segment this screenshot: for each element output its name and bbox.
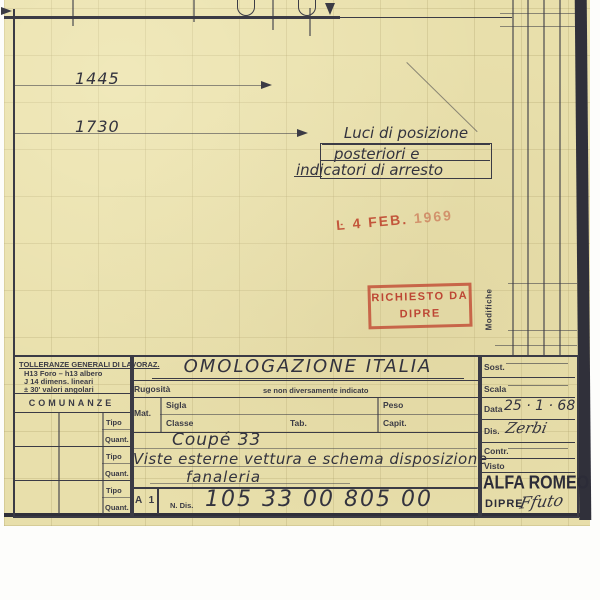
peso-label: Peso (383, 400, 403, 410)
baseline-extension (340, 17, 512, 18)
left-edge-arrow (1, 7, 12, 15)
car-baseline (4, 16, 340, 19)
revision-row-line (508, 330, 577, 331)
revision-row-line (500, 26, 577, 27)
revision-row-line (500, 13, 577, 14)
callout-line-1: Luci di posizione (322, 124, 490, 145)
fill-line (506, 363, 568, 364)
dimension-line-1730 (13, 133, 299, 134)
reference-line (272, 0, 274, 30)
titleblock-divider (478, 442, 575, 443)
data-label: Data (484, 404, 502, 414)
description-line-2: Viste esterne vettura e schema disposizi… (133, 450, 487, 468)
dimension-line-1445 (13, 85, 263, 86)
dis-label: Dis. (484, 426, 500, 436)
titleblock-divider (478, 458, 575, 459)
titleblock-divider (130, 380, 478, 381)
titleblock-divider (13, 393, 130, 394)
label-row-line (102, 429, 130, 430)
comunanze-grid-line (58, 412, 60, 514)
mat-label: Mat. (134, 408, 151, 418)
richiesto-da-dipre-stamp: RICHIESTO DA DIPRE (367, 283, 472, 330)
dimension-arrow (297, 129, 308, 137)
label-row-line (102, 463, 130, 464)
fill-line (508, 448, 568, 449)
comunanze-grid-line (13, 480, 130, 481)
sigla-label: Sigla (166, 400, 186, 410)
row-label-tipo: Tipo (106, 418, 122, 427)
scala-label: Scala (484, 384, 506, 394)
reference-line (72, 0, 74, 26)
comunanze-header: COMUNANZE (13, 398, 130, 408)
tab-label: Tab. (290, 418, 307, 428)
description-line-3: fanaleria (186, 468, 261, 486)
dipre-signature: Ffuto (518, 490, 565, 512)
revision-column-line (559, 0, 561, 356)
drawing-number: 105 33 00 805 00 (205, 487, 433, 512)
revision-row-line (508, 283, 577, 284)
description-line-1: Coupé 33 (172, 430, 261, 450)
sigla-classe-divider (160, 414, 478, 415)
reference-line (193, 0, 195, 22)
dipre-label: DIPRE (485, 498, 524, 510)
titleblock-divider (478, 377, 575, 378)
revision-column-line (527, 0, 529, 356)
row-label-tipo: Tipo (106, 452, 122, 461)
rugosita-label: Rugosità (134, 384, 170, 394)
sheet-format: A 1 (135, 495, 156, 506)
classe-label: Classe (166, 418, 193, 428)
data-value: 25 · 1 · 68 (504, 398, 575, 414)
capit-label: Capit. (383, 418, 407, 428)
dimension-extension-line (13, 9, 15, 356)
revision-column-line (543, 0, 545, 356)
stamp-line-1: RICHIESTO DA (371, 288, 469, 308)
row-label-quant: Quant. (105, 469, 129, 478)
dimension-value-1730: 1730 (75, 117, 120, 136)
dimension-value-1445: 1445 (75, 69, 120, 88)
row-label-quant: Quant. (105, 435, 129, 444)
stamp-line-2: DIPRE (371, 305, 469, 325)
comunanze-grid-line (13, 446, 130, 447)
row-label-quant: Quant. (105, 503, 129, 512)
format-cell-line (157, 487, 159, 514)
titleblock-divider (130, 397, 478, 398)
down-arrow (325, 3, 335, 15)
revision-column-line (512, 0, 514, 356)
contr-label: Contr. (484, 446, 509, 456)
rugosita-note: se non diversamente indicato (263, 386, 368, 395)
titleblock-divider (13, 412, 130, 413)
modifiche-label: Modifiche (485, 279, 494, 341)
revision-row-line (495, 345, 577, 346)
scanned-drawing-sheet: 1445 1730 Luci di posizione posteriori e… (0, 0, 600, 600)
visto-label: Visto (484, 461, 505, 471)
date-stamp-prefix: Ŀ (336, 216, 348, 233)
omologazione-title: OMOLOGAZIONE ITALIA (152, 356, 464, 379)
fill-line (508, 385, 568, 386)
label-row-line (102, 497, 130, 498)
reference-line (309, 8, 311, 36)
sost-label: Sost. (484, 362, 505, 372)
callout-underline-extension (294, 176, 322, 177)
dis-signature: Zerbi (504, 419, 549, 437)
date-stamp-year: 1969 (413, 207, 453, 226)
ndis-label: N. Dis. (170, 501, 193, 510)
row-label-tipo: Tipo (106, 486, 122, 495)
dimension-arrow (261, 81, 272, 89)
